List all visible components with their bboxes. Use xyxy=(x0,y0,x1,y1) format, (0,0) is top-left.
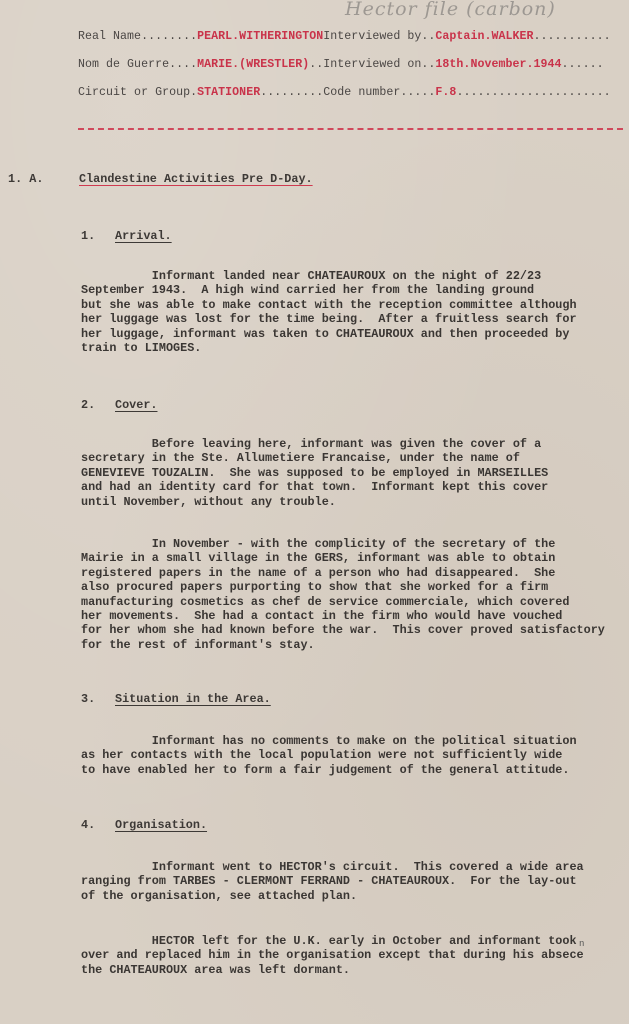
nom-de-guerre-value: MARIE.(WRESTLER) xyxy=(197,58,309,71)
interviewed-on-value: 18th.November.1944 xyxy=(435,58,561,71)
subsection-number-organisation: 4. xyxy=(81,818,95,832)
circuit-label: Circuit or Group. xyxy=(78,86,197,99)
paragraph-organisation-1: Informant went to HECTOR's circuit. This… xyxy=(81,860,584,903)
header-row-real-name: Real Name........PEARL.WITHERINGTONInter… xyxy=(78,30,611,43)
header-row-nom-de-guerre: Nom de Guerre....MARIE.(WRESTLER)..Inter… xyxy=(78,58,604,71)
paragraph-situation: Informant has no comments to make on the… xyxy=(81,734,577,777)
header-row-circuit: Circuit or Group.STATIONER.........Code … xyxy=(78,86,611,99)
circuit-value: STATIONER xyxy=(197,86,260,99)
code-number-label: .........Code number..... xyxy=(260,86,435,99)
section-title: Clandestine Activities Pre D-Day. xyxy=(79,172,313,186)
handwritten-correction: n xyxy=(579,939,584,949)
real-name-label: Real Name........ xyxy=(78,30,197,43)
real-name-value: PEARL.WITHERINGTON xyxy=(197,30,323,43)
subsection-title-organisation: Organisation. xyxy=(115,818,207,832)
row-trail-dots: ........... xyxy=(534,30,611,43)
row-trail-dots: ...................... xyxy=(456,86,610,99)
handwritten-annotation: Hector file (carbon) xyxy=(345,0,556,20)
paragraph-arrival: Informant landed near CHATEAUROUX on the… xyxy=(81,269,577,355)
code-number-value: F.8 xyxy=(435,86,456,99)
interviewed-by-label: Interviewed by.. xyxy=(323,30,435,43)
subsection-title-situation: Situation in the Area. xyxy=(115,692,271,706)
interviewed-on-label: ..Interviewed on.. xyxy=(309,58,435,71)
paragraph-cover-2: In November - with the complicity of the… xyxy=(81,537,605,652)
subsection-title-cover: Cover. xyxy=(115,398,157,412)
subsection-title-arrival: Arrival. xyxy=(115,229,172,243)
section-number: 1. A. xyxy=(8,172,43,186)
subsection-number-situation: 3. xyxy=(81,692,95,706)
paragraph-cover-1: Before leaving here, informant was given… xyxy=(81,437,548,509)
header-divider-rule xyxy=(78,128,623,130)
subsection-number-arrival: 1. xyxy=(81,229,95,243)
interviewed-by-value: Captain.WALKER xyxy=(435,30,533,43)
subsection-number-cover: 2. xyxy=(81,398,95,412)
row-trail-dots: ...... xyxy=(562,58,604,71)
paragraph-organisation-2: HECTOR left for the U.K. early in Octobe… xyxy=(81,934,584,977)
nom-de-guerre-label: Nom de Guerre.... xyxy=(78,58,197,71)
